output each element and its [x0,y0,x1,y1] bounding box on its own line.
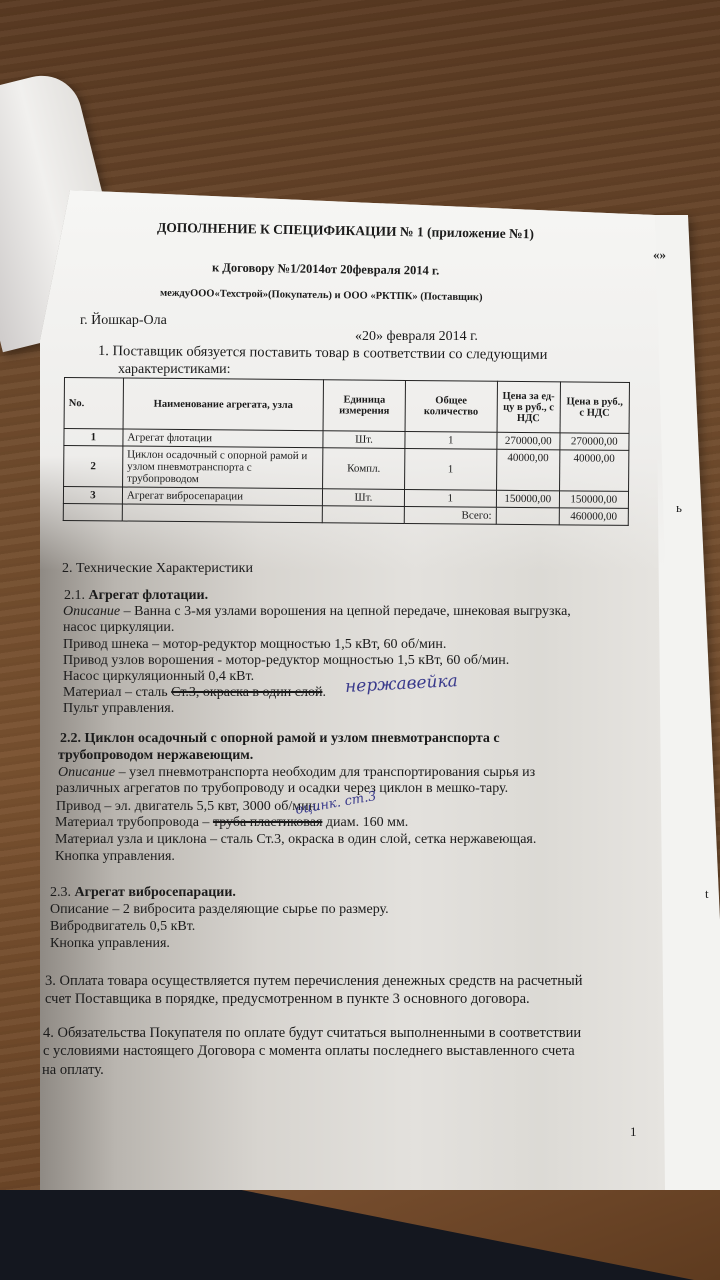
section-2-3-line: Кнопка управления. [50,936,170,952]
col-header-quantity: Общее количество [405,380,497,432]
row-total-price: 270000,00 [560,433,629,451]
description-text: – Ванна с 3-мя узлами ворошения на цепно… [120,604,571,619]
row-quantity: 1 [404,489,496,507]
row-total-price: 150000,00 [559,491,628,509]
description-label: Описание [63,604,120,619]
section-number: 2.1. [64,588,85,603]
row-unit: Компл. [323,448,405,490]
clause-1-continued: характеристиками: [118,362,231,378]
back-page-fragment: «» [653,247,666,263]
material-prefix: Материал – сталь [63,685,171,700]
section-2-1-line: Пульт управления. [63,701,174,717]
section-2-1-description: Описание – Ванна с 3-мя узлами ворошения… [63,604,571,620]
clause-3-continued: счет Поставщика в порядке, предусмотренн… [45,991,530,1008]
row-no: 3 [63,487,122,505]
section-2-3-heading: 2.3. Агрегат вибросепарации. [50,885,236,901]
section-2-2-line: различных агрегатов по трубопроводу и ос… [56,781,508,797]
description-label: Описание [58,765,115,780]
row-quantity: 1 [405,431,497,449]
empty-cell [63,503,122,521]
document-content: «» ь t ДОПОЛНЕНИЕ К СПЕЦИФИКАЦИИ № 1 (пр… [0,0,720,1280]
section-2-2-heading-continued: трубопроводом нержавеющим. [58,748,253,764]
table-row: 2 Циклон осадочный с опорной рамой и узл… [64,446,629,492]
description-text: – узел пневмотранспорта необходим для тр… [115,765,535,780]
specification-table: No. Наименование агрегата, узла Единица … [63,377,630,526]
col-header-unit-price: Цена за ед-цу в руб., с НДС [497,381,560,433]
row-unit-price: 270000,00 [497,432,560,450]
empty-cell [496,507,559,525]
col-header-no: No. [64,378,123,430]
table-header-row: No. Наименование агрегата, узла Единица … [64,378,629,434]
section-2-2-line: Кнопка управления. [55,849,175,865]
table-total-row: Всего: 460000,00 [63,503,628,525]
empty-cell [322,506,404,524]
clause-1: 1. Поставщик обязуется поставить товар в… [98,343,548,364]
section-2-1-line: насос циркуляции. [63,620,174,636]
empty-cell [122,504,323,523]
row-unit: Шт. [323,489,405,507]
section-2-2-line: Привод – эл. двигатель 5,5 квт, 3000 об/… [56,799,320,815]
clause-4-continued: на оплату. [42,1062,104,1079]
row-no: 2 [64,446,123,488]
row-no: 1 [64,429,123,447]
row-unit-price: 150000,00 [496,490,559,508]
row-unit: Шт. [323,431,405,449]
section-2-1-material: Материал – сталь Ст.3, окраска в один сл… [63,685,326,701]
city: г. Йошкар-Ола [80,313,167,329]
section-2-1-line: Насос циркуляционный 0,4 кВт. [63,669,254,685]
section-2-3-line: Описание – 2 вибросита разделяющие сырье… [50,902,389,918]
handwritten-note: нержавейка [345,671,459,697]
col-header-name: Наименование агрегата, узла [123,378,324,431]
section-2-heading: 2. Технические Характеристики [62,561,253,577]
document-title: ДОПОЛНЕНИЕ К СПЕЦИФИКАЦИИ № 1 (приложени… [157,220,534,243]
row-total-price: 40000,00 [559,450,629,492]
back-page-fragment: t [705,886,709,902]
section-2-2-description: Описание – узел пневмотранспорта необход… [58,765,535,781]
total-label: Всего: [404,506,496,524]
pipe-prefix: Материал трубопровода – [55,815,213,830]
pipe-suffix: диам. 160 мм. [322,815,408,830]
row-name: Агрегат вибросепарации [122,487,323,506]
section-2-3-line: Вибродвигатель 0,5 кВт. [50,919,195,935]
section-2-1-line: Привод шнека – мотор-редуктор мощностью … [63,637,446,653]
row-unit-price: 40000,00 [496,449,559,491]
clause-3: 3. Оплата товара осуществляется путем пе… [45,973,583,990]
col-header-unit: Единица измерения [323,380,405,432]
struck-text: Ст.3, окраска в один слой [171,685,322,700]
section-2-2-line: Материал узла и циклона – сталь Ст.3, ок… [55,832,536,848]
clause-4-continued: с условиями настоящего Договора с момент… [43,1043,575,1060]
contract-reference: к Договору №1/2014от 20февраля 2014 г. [212,260,440,278]
section-title: Агрегат вибросепарации. [75,885,236,900]
section-2-1-line: Привод узлов ворошения - мотор-редуктор … [63,653,509,669]
section-2-2-heading: 2.2. Циклон осадочный с опорной рамой и … [60,731,500,747]
page-number: 1 [630,1124,637,1140]
col-header-total-price: Цена в руб., с НДС [560,382,630,434]
back-page-fragment: ь [676,500,682,516]
clause-4: 4. Обязательства Покупателя по оплате бу… [43,1025,581,1042]
section-title: Агрегат флотации. [89,588,209,603]
section-2-2-pipe-material: Материал трубопровода – труба пластикова… [55,815,408,831]
row-name: Агрегат флотации [123,429,324,448]
row-quantity: 1 [404,448,496,490]
section-2-1-heading: 2.1. Агрегат флотации. [64,588,208,604]
struck-text: труба пластиковая [213,815,322,830]
document-date: «20» февраля 2014 г. [355,329,478,345]
row-name: Циклон осадочный с опорной рамой и узлом… [122,446,323,489]
contract-parties: междуООО«Техстрой»(Покупатель) и ООО «РК… [160,288,483,304]
total-value: 460000,00 [559,508,628,526]
section-number: 2.3. [50,885,71,900]
material-suffix: . [322,685,326,700]
